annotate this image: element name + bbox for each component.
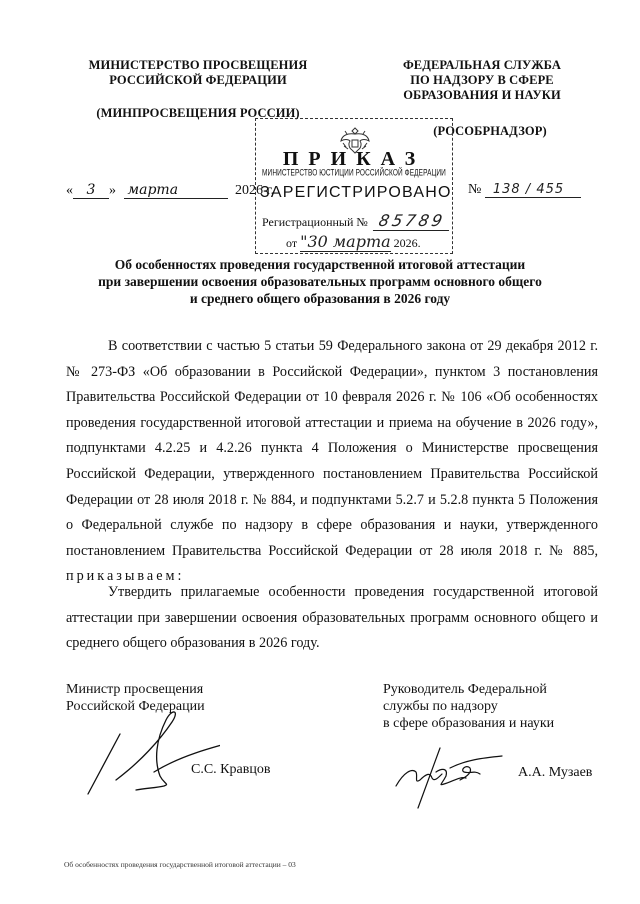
signatory-left-name: С.С. Кравцов [191,762,270,778]
order-year: 2026 г. [235,183,274,198]
order-month: марта [124,182,228,199]
resolution-paragraph: Утвердить прилагаемые особенности провед… [66,580,598,657]
order-date: «3» марта 2026 г. [66,182,274,199]
service-name-line3: ОБРАЗОВАНИЯ И НАУКИ [372,88,592,103]
registration-date-prefix: от [286,236,297,250]
title-line3: и среднего общего образования в 2026 год… [70,290,570,307]
ministry-header: МИНИСТЕРСТВО ПРОСВЕЩЕНИЯ РОССИЙСКОЙ ФЕДЕ… [68,58,328,88]
signature-right-icon [390,742,520,812]
registration-date-year: 2026. [394,236,421,250]
signatory-right-name: А.А. Музаев [518,765,592,781]
registration-date-handwritten: "30 марта [300,232,391,252]
signature-left-icon [80,700,220,800]
registering-ministry: МИНИСТЕРСТВО ЮСТИЦИИ РОССИЙСКОЙ ФЕДЕРАЦИ… [256,169,452,179]
registration-date-line: от "30 марта 2026. [286,232,421,251]
ministry-name-line1: МИНИСТЕРСТВО ПРОСВЕЩЕНИЯ [68,58,328,73]
date-close-quote: » [109,183,116,198]
service-name-line2: ПО НАДЗОРУ В СФЕРЕ [372,73,592,88]
order-number-label: № [468,182,481,197]
signatory-left-title-line1: Министр просвещения [66,681,296,698]
document-type: ПРИКАЗ [256,148,452,170]
page-footer: Об особенностях проведения государственн… [64,860,296,869]
document-title: Об особенностях проведения государственн… [70,256,570,307]
order-day: 3 [73,182,109,199]
preamble-text: В соответствии с частью 5 статьи 59 Феде… [66,338,598,559]
order-number-value: 138 / 455 [485,182,581,198]
registration-status: ЗАРЕГИСТРИРОВАНО [260,184,450,202]
date-open-quote: « [66,183,73,198]
preamble-paragraph: В соответствии с частью 5 статьи 59 Феде… [66,334,598,590]
service-name-line1: ФЕДЕРАЛЬНАЯ СЛУЖБА [372,58,592,73]
signatory-right-title-line1: Руководитель Федеральной [383,681,603,698]
title-line2: при завершении освоения образовательных … [70,273,570,290]
ministry-name-line2: РОССИЙСКОЙ ФЕДЕРАЦИИ [68,73,328,88]
registration-number: 85789 [373,211,453,231]
service-header: ФЕДЕРАЛЬНАЯ СЛУЖБА ПО НАДЗОРУ В СФЕРЕ ОБ… [372,58,592,103]
signatory-right-title-line3: в сфере образования и науки [383,715,603,732]
title-line1: Об особенностях проведения государственн… [70,256,570,273]
registration-number-label: Регистрационный № [262,215,368,229]
registration-number-line: Регистрационный № 85789 [262,211,451,231]
signatory-right-title: Руководитель Федеральной службы по надзо… [383,681,603,732]
registration-stamp: ПРИКАЗ МИНИСТЕРСТВО ЮСТИЦИИ РОССИЙСКОЙ Ф… [255,118,453,254]
signatory-right-title-line2: службы по надзору [383,698,603,715]
order-number: № 138 / 455 [468,182,581,198]
